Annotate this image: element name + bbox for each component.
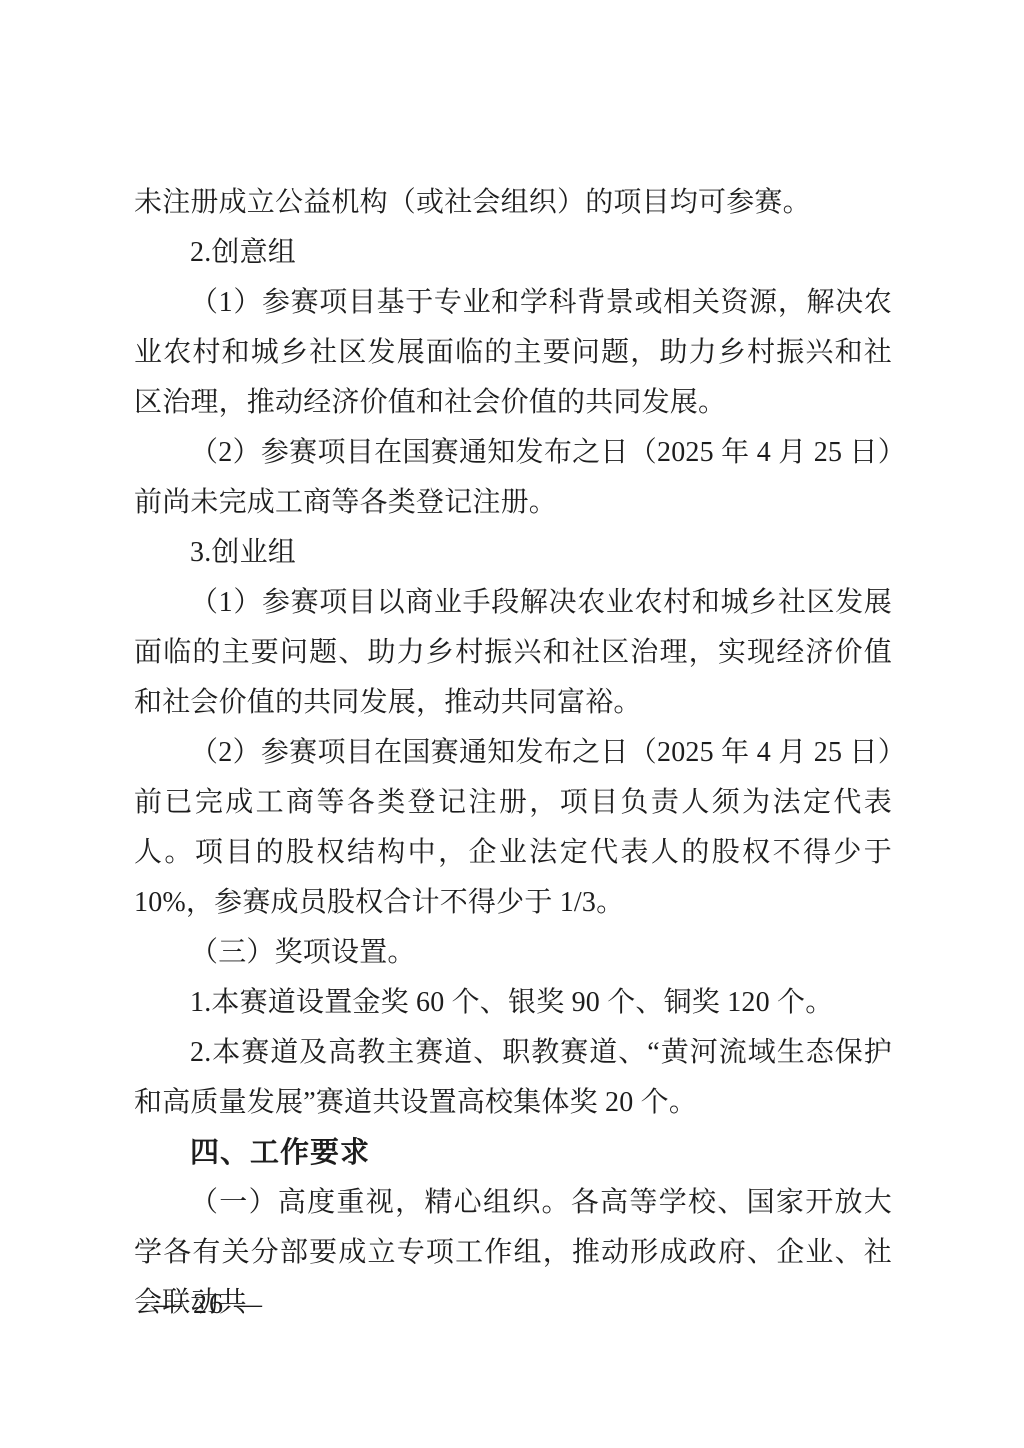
para-startup-group-label: 3.创业组: [134, 528, 892, 578]
subheading-awards-setup: （三）奖项设置。: [134, 928, 892, 978]
para-creative-group-req-1: （1）参赛项目基于专业和学科背景或相关资源，解决农业农村和城乡社区发展面临的主要…: [134, 278, 892, 428]
para-creative-group-req-2: （2）参赛项目在国赛通知发布之日（2025 年 4 月 25 日）前尚未完成工商…: [134, 428, 892, 528]
para-startup-group-req-1: （1）参赛项目以商业手段解决农业农村和城乡社区发展面临的主要问题、助力乡村振兴和…: [134, 578, 892, 728]
para-startup-group-req-2: （2）参赛项目在国赛通知发布之日（2025 年 4 月 25 日）前已完成工商等…: [134, 728, 892, 928]
para-unregistered-note: 未注册成立公益机构（或社会组织）的项目均可参赛。: [134, 178, 892, 228]
section-heading-work-requirements: 四、工作要求: [134, 1128, 892, 1178]
page-number: — 26 —: [154, 1288, 264, 1322]
para-creative-group-label: 2.创意组: [134, 228, 892, 278]
para-awards-collective: 2.本赛道及高教主赛道、职教赛道、“黄河流域生态保护和高质量发展”赛道共设置高校…: [134, 1028, 892, 1128]
document-body: 未注册成立公益机构（或社会组织）的项目均可参赛。 2.创意组 （1）参赛项目基于…: [134, 178, 892, 1328]
document-page: 未注册成立公益机构（或社会组织）的项目均可参赛。 2.创意组 （1）参赛项目基于…: [0, 0, 1024, 1448]
para-awards-track-counts: 1.本赛道设置金奖 60 个、银奖 90 个、铜奖 120 个。: [134, 978, 892, 1028]
para-work-requirement-1-lead: （一）高度重视，精心组织。: [190, 1187, 571, 1218]
